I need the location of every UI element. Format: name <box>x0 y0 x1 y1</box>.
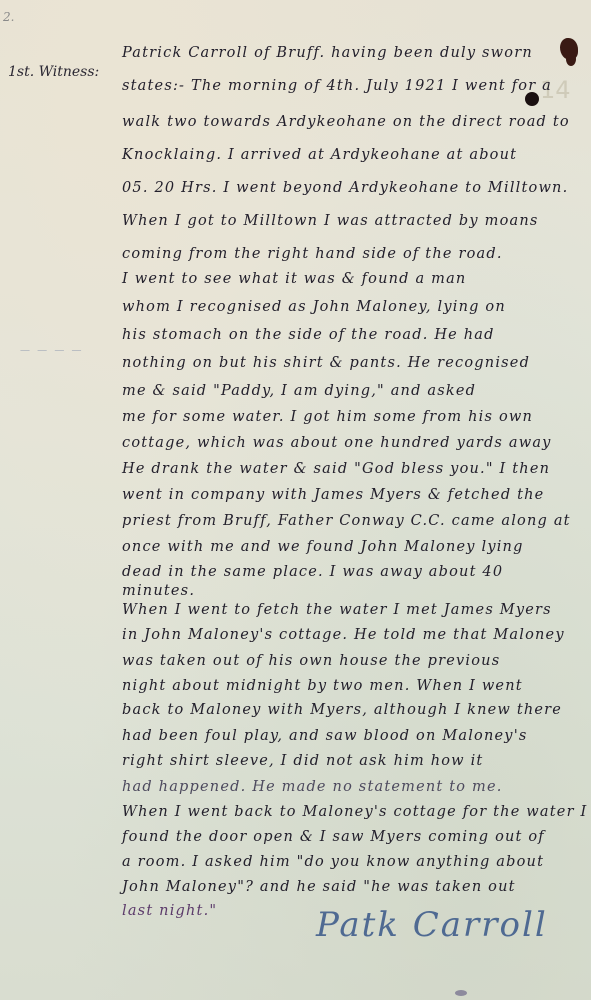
statement-line: a room. I asked him "do you know anythin… <box>122 853 582 871</box>
statement-line: cottage, which was about one hundred yar… <box>122 434 582 452</box>
statement-line: found the door open & I saw Myers coming… <box>122 828 582 846</box>
statement-line: back to Maloney with Myers, although I k… <box>122 701 582 719</box>
statement-line: was taken out of his own house the previ… <box>122 652 582 670</box>
faint-margin-note: — — — — <box>20 345 84 356</box>
statement-line: minutes. <box>122 582 582 600</box>
statement-line: me & said "Paddy, I am dying," and asked <box>122 382 582 400</box>
statement-line: whom I recognised as John Maloney, lying… <box>122 298 582 316</box>
statement-line: When I went back to Maloney's cottage fo… <box>122 803 582 821</box>
statement-line: once with me and we found John Maloney l… <box>122 538 582 556</box>
statement-line: in John Maloney's cottage. He told me th… <box>122 626 582 644</box>
statement-line: night about midnight by two men. When I … <box>122 677 582 695</box>
statement-line: When I went to fetch the water I met Jam… <box>122 601 582 619</box>
statement-line: 05. 20 Hrs. I went beyond Ardykeohane to… <box>122 179 582 197</box>
statement-line: me for some water. I got him some from h… <box>122 408 582 426</box>
statement-line: had happened. He made no statement to me… <box>122 778 582 796</box>
statement-line: right shirt sleeve, I did not ask him ho… <box>122 752 582 770</box>
document-page: 2. 1st. Witness: — — — — 14 Patrick Carr… <box>0 0 591 1000</box>
statement-line: He drank the water & said "God bless you… <box>122 460 582 478</box>
statement-line: went in company with James Myers & fetch… <box>122 486 582 504</box>
statement-line: his stomach on the side of the road. He … <box>122 326 582 344</box>
ink-smudge <box>455 990 467 996</box>
statement-line: coming from the right hand side of the r… <box>122 245 582 263</box>
statement-line: nothing on but his shirt & pants. He rec… <box>122 354 582 372</box>
statement-line: When I got to Milltown I was attracted b… <box>122 212 582 230</box>
statement-line: dead in the same place. I was away about… <box>122 563 582 581</box>
statement-line: had been foul play, and saw blood on Mal… <box>122 727 582 745</box>
statement-line: priest from Bruff, Father Conway C.C. ca… <box>122 512 582 530</box>
statement-line: John Maloney"? and he said "he was taken… <box>122 878 582 896</box>
page-number: 2. <box>3 10 14 24</box>
witness-label: 1st. Witness: <box>8 64 99 80</box>
statement-line: I went to see what it was & found a man <box>122 270 582 288</box>
statement-line: walk two towards Ardykeohane on the dire… <box>122 113 582 131</box>
statement-line: states:- The morning of 4th. July 1921 I… <box>122 77 582 95</box>
statement-line: Knocklaing. I arrived at Ardykeohane at … <box>122 146 582 164</box>
statement-line: Patrick Carroll of Bruff. having been du… <box>122 44 582 62</box>
witness-signature: Patk Carroll <box>316 905 548 945</box>
